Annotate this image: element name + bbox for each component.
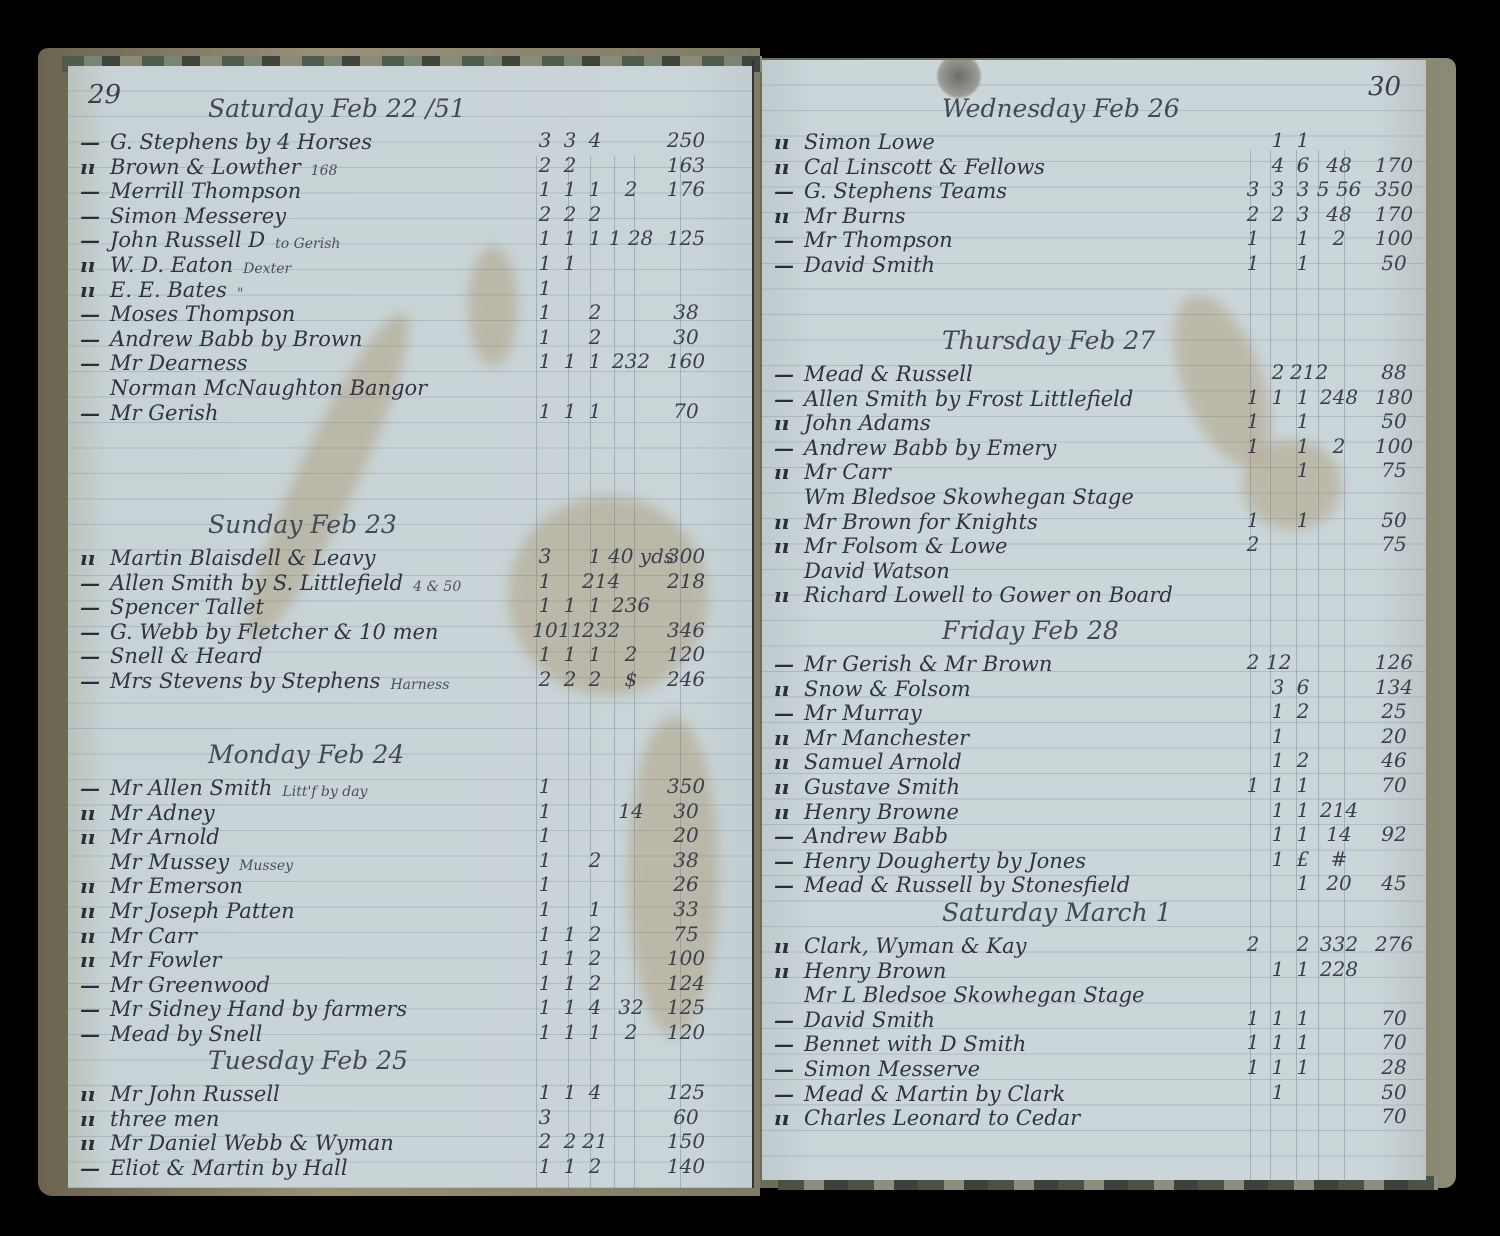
amount	[1362, 128, 1426, 152]
amount: 75	[1362, 532, 1426, 556]
count-col-4	[608, 1154, 654, 1178]
tally-mark: ıı	[774, 534, 804, 558]
count-col-3: 2	[582, 946, 608, 970]
ledger-entry: —Simon Messerey222	[80, 202, 746, 228]
count-col-1	[1240, 822, 1266, 846]
count-col-3: 4	[582, 995, 608, 1019]
tally-mark: ıı	[80, 825, 110, 849]
count-col-1	[1240, 1104, 1266, 1128]
count-col-3: 4	[582, 1080, 608, 1104]
ledger-entry: —Merrill Thompson1112176	[80, 177, 746, 203]
count-col-4	[608, 774, 654, 798]
count-col-4	[608, 1129, 654, 1153]
entry-name: G. Webb by Fletcher & 10 men	[110, 620, 438, 644]
count-col-1: 1	[532, 872, 558, 896]
count-col-3: 1	[582, 1020, 608, 1044]
tally-mark: —	[774, 1057, 804, 1081]
count-col-2: 1	[1266, 724, 1290, 748]
entry-note: 168	[311, 163, 338, 179]
day-heading: Friday Feb 28	[942, 616, 1119, 645]
tally-mark: ıı	[80, 278, 110, 302]
count-col-1: 1	[532, 774, 558, 798]
tally-mark: ıı	[774, 726, 804, 750]
count-col-4	[608, 922, 654, 946]
count-col-4	[1316, 458, 1362, 482]
amount: 30	[654, 325, 718, 349]
ledger-entry: ııW. D. EatonDexter11	[80, 251, 746, 277]
count-col-3: 2	[582, 300, 608, 324]
entry-note: Harness	[390, 677, 449, 693]
count-col-3: 1	[1290, 458, 1316, 482]
count-col-1	[1240, 748, 1266, 772]
entry-name: Moses Thompson	[110, 302, 295, 326]
count-col-1	[1240, 847, 1266, 871]
amount: 70	[1362, 773, 1426, 797]
count-col-4	[608, 872, 654, 896]
ledger-entry: ııJohn Adams1150	[774, 409, 1418, 435]
amount: 75	[1362, 458, 1426, 482]
ledger-entry: ııMr Burns22348170	[774, 202, 1418, 228]
count-col-1: 1	[532, 593, 558, 617]
amount: 20	[1362, 724, 1426, 748]
count-col-2	[558, 569, 582, 593]
count-col-2	[1266, 434, 1290, 458]
tally-mark: —	[774, 387, 804, 411]
count-col-3: 2	[1290, 699, 1316, 723]
entry-name: Charles Leonard to Cedar	[804, 1106, 1080, 1130]
ledger-entry: ııMr Carr11275	[80, 922, 746, 948]
count-col-4	[608, 202, 654, 226]
count-col-4: 32	[608, 995, 654, 1019]
tally-mark: ıı	[80, 253, 110, 277]
tally-mark: ıı	[80, 155, 110, 179]
count-col-4: 2	[608, 177, 654, 201]
ledger-entry: ııCharles Leonard to Cedar70	[774, 1104, 1418, 1130]
count-col-3	[582, 774, 608, 798]
count-col-4	[608, 971, 654, 995]
count-col-3: 3	[1290, 177, 1316, 201]
amount: 30	[654, 799, 718, 823]
ledger-entry: ııBrown & Lowther16822163	[80, 153, 746, 179]
count-col-4	[608, 946, 654, 970]
count-col-3: 4	[582, 128, 608, 152]
entry-name: Mr John Russell	[110, 1082, 280, 1106]
ledger-entry: Mr MusseyMussey1238	[80, 848, 746, 874]
amount: 125	[654, 226, 718, 250]
count-col-2: 1	[1266, 847, 1290, 871]
day-heading: Monday Feb 24	[208, 740, 404, 769]
ledger-entry: —Henry Dougherty by Jones1£#	[774, 847, 1418, 873]
ledger-entry: —Eliot & Martin by Hall112140	[80, 1154, 746, 1180]
tally-mark: —	[80, 620, 110, 644]
count-col-4	[1316, 724, 1362, 748]
ledger-entry: —Snell & Heard1112120	[80, 642, 746, 668]
ledger-entry: —Mead & Russell221288	[774, 360, 1418, 386]
count-col-2	[558, 276, 582, 300]
entry-note: Litt'f by day	[282, 784, 367, 800]
entry-name: Mr Murray	[804, 701, 922, 725]
count-col-2	[558, 897, 582, 921]
count-col-4	[608, 618, 654, 642]
count-col-3: 1	[1290, 871, 1316, 895]
count-col-3: 1	[582, 544, 608, 568]
count-col-1: 1	[1240, 409, 1266, 433]
ledger-entry: —Bennet with D Smith11170	[774, 1030, 1418, 1056]
count-col-4	[608, 897, 654, 921]
ledger-entry: ııMr Manchester120	[774, 724, 1418, 750]
amount: 100	[1362, 226, 1426, 250]
count-col-4	[608, 325, 654, 349]
ledger-entry: ııHenry Browne11214	[774, 798, 1418, 824]
amount: 50	[1362, 409, 1426, 433]
count-col-4	[608, 128, 654, 152]
count-col-1: 1	[532, 897, 558, 921]
count-col-2	[558, 544, 582, 568]
count-col-3: 1	[1290, 822, 1316, 846]
entry-name: Mr Gerish	[110, 401, 218, 425]
entry-name: Richard Lowell to Gower on Board	[804, 583, 1173, 607]
count-col-1: 2	[1240, 650, 1266, 674]
tally-mark: —	[80, 595, 110, 619]
count-col-2: 1	[558, 1020, 582, 1044]
count-col-4	[1316, 748, 1362, 772]
count-col-3	[582, 276, 608, 300]
ledger-book: 29 Saturday Feb 22 /51—G. Stephens by 4 …	[38, 48, 1456, 1196]
count-col-2	[558, 1105, 582, 1129]
count-col-1: 2	[532, 1129, 558, 1153]
day-heading: Tuesday Feb 25	[208, 1046, 408, 1075]
count-col-2: 1	[558, 177, 582, 201]
entry-name: Henry Brown	[804, 959, 946, 983]
amount: 170	[1362, 202, 1426, 226]
entry-name: Mr Brown for Knights	[804, 510, 1038, 534]
tally-mark: —	[774, 652, 804, 676]
count-col-3	[582, 799, 608, 823]
entry-note: 4 & 50	[413, 579, 461, 595]
amount: 276	[1362, 932, 1426, 956]
tally-mark: —	[80, 351, 110, 375]
ledger-entry: ııMr Emerson126	[80, 872, 746, 898]
count-col-2	[1266, 871, 1290, 895]
count-col-1: 10	[532, 618, 558, 642]
amount: 160	[654, 349, 718, 373]
ledger-entry: ııGustave Smith11170	[774, 773, 1418, 799]
tally-mark: —	[774, 873, 804, 897]
count-col-3	[1290, 1080, 1316, 1104]
count-col-1: 2	[532, 153, 558, 177]
ledger-entry: ııMr Arnold120	[80, 823, 746, 849]
count-col-1: 3	[532, 1105, 558, 1129]
entry-name: Mr Allen Smith	[110, 776, 272, 800]
amount: 124	[654, 971, 718, 995]
tally-mark: —	[80, 302, 110, 326]
count-col-4	[1316, 532, 1362, 556]
count-col-4	[608, 399, 654, 423]
count-col-4	[608, 848, 654, 872]
ledger-entry: —Mead & Russell by Stonesfield12045	[774, 871, 1418, 897]
entry-name: Mr Joseph Patten	[110, 899, 295, 923]
tally-mark: ıı	[80, 899, 110, 923]
entry-name: three men	[110, 1107, 219, 1131]
amount: 120	[654, 642, 718, 666]
count-col-2: 1	[558, 593, 582, 617]
count-col-4	[1316, 409, 1362, 433]
count-col-3: 21	[582, 1129, 608, 1153]
ledger-entry: ııMr Adney11430	[80, 799, 746, 825]
ledger-entry: —G. Stephens by 4 Horses334250	[80, 128, 746, 154]
tally-mark: —	[80, 1022, 110, 1046]
tally-mark: —	[774, 1032, 804, 1056]
ledger-entry: —Mr Gerish11170	[80, 399, 746, 425]
count-col-4	[1316, 773, 1362, 797]
tally-mark: —	[774, 1082, 804, 1106]
amount: 100	[654, 946, 718, 970]
amount: 70	[1362, 1104, 1426, 1128]
tally-mark: —	[774, 253, 804, 277]
count-col-2: 1	[558, 251, 582, 275]
ledger-entry: ııSnow & Folsom36134	[774, 675, 1418, 701]
count-col-1: 1	[532, 642, 558, 666]
count-col-3	[582, 251, 608, 275]
count-col-4	[1316, 675, 1362, 699]
tally-mark: —	[80, 228, 110, 252]
tally-mark: —	[774, 1008, 804, 1032]
entry-name: Samuel Arnold	[804, 750, 962, 774]
count-col-1: 2	[532, 667, 558, 691]
count-col-1: 1	[1240, 385, 1266, 409]
entry-name: Mr Sidney Hand by farmers	[110, 997, 407, 1021]
count-col-2: 2	[558, 1129, 582, 1153]
count-col-1: 1	[532, 349, 558, 373]
ledger-entry: —Andrew Babb by Brown1230	[80, 325, 746, 351]
entry-name: Mrs Stevens by Stephens	[110, 669, 380, 693]
ledger-entry: —Mr Greenwood112124	[80, 971, 746, 997]
count-col-3: 3	[1290, 202, 1316, 226]
count-col-4	[1316, 1104, 1362, 1128]
count-col-1	[1240, 798, 1266, 822]
count-col-2	[1266, 226, 1290, 250]
amount: 25	[1362, 699, 1426, 723]
entry-name: Mr Thompson	[804, 228, 953, 252]
ledger-entry: —Andrew Babb by Emery112100	[774, 434, 1418, 460]
count-col-4	[1316, 1006, 1362, 1030]
count-col-4: 2	[1316, 434, 1362, 458]
amount: 350	[1362, 177, 1426, 201]
count-col-1: 3	[1240, 177, 1266, 201]
ledger-page-right: 30 Wednesday Feb 26ııSimon Lowe11ııCal L…	[762, 60, 1426, 1180]
entry-name: John Russell D	[110, 228, 265, 252]
count-col-2: 4	[1266, 153, 1290, 177]
entry-name: Henry Browne	[804, 800, 959, 824]
tally-mark: —	[80, 571, 110, 595]
count-col-2	[558, 774, 582, 798]
day-heading: Thursday Feb 27	[942, 326, 1155, 355]
count-col-2	[558, 799, 582, 823]
tally-mark: —	[80, 179, 110, 203]
page-number: 30	[1368, 72, 1401, 102]
count-col-2	[558, 872, 582, 896]
count-col-1: 1	[532, 177, 558, 201]
entry-note: "	[237, 286, 243, 302]
amount	[1362, 957, 1426, 981]
amount: 150	[654, 1129, 718, 1153]
entry-name: Snow & Folsom	[804, 677, 971, 701]
entry-note: to Gerish	[275, 236, 340, 252]
count-col-1	[1240, 360, 1266, 384]
tally-mark: —	[80, 973, 110, 997]
tally-mark: —	[774, 824, 804, 848]
count-col-1: 1	[532, 922, 558, 946]
entry-name: Cal Linscott & Fellows	[804, 155, 1045, 179]
entry-name: Mr Carr	[804, 460, 891, 484]
tally-mark: ıı	[774, 959, 804, 983]
ledger-entry: ııMr John Russell114125	[80, 1080, 746, 1106]
count-col-4	[608, 823, 654, 847]
tally-mark: ıı	[80, 1107, 110, 1131]
count-col-4	[608, 153, 654, 177]
entry-name: Mr Burns	[804, 204, 906, 228]
count-col-2: 1	[558, 946, 582, 970]
entry-name: Simon Lowe	[804, 130, 935, 154]
count-col-2	[558, 823, 582, 847]
day-heading: Sunday Feb 23	[208, 510, 397, 539]
ledger-entry: ııSamuel Arnold1246	[774, 748, 1418, 774]
count-col-2: 1	[558, 1080, 582, 1104]
entry-name: Allen Smith by S. Littlefield	[110, 571, 403, 595]
tally-mark: —	[774, 849, 804, 873]
count-col-4	[1316, 360, 1362, 384]
count-col-2: 1	[1266, 748, 1290, 772]
amount	[1362, 798, 1426, 822]
entry-name: Clark, Wyman & Kay	[804, 934, 1026, 958]
ledger-entry: —Mr Murray1225	[774, 699, 1418, 725]
count-col-3	[582, 823, 608, 847]
count-col-3: 1	[1290, 798, 1316, 822]
count-col-4: 48	[1316, 153, 1362, 177]
ledger-entry: ııSimon Lowe11	[774, 128, 1418, 154]
count-col-3	[582, 872, 608, 896]
count-col-2: 1	[1266, 699, 1290, 723]
tally-mark: ıı	[774, 583, 804, 607]
ledger-entry: —Spencer Tallet111236	[80, 593, 746, 619]
tally-mark: —	[774, 436, 804, 460]
entry-name: David Smith	[804, 253, 935, 277]
count-col-2: 2	[1266, 360, 1290, 384]
count-col-2: 1	[1266, 385, 1290, 409]
entry-name: W. D. Eaton	[110, 253, 233, 277]
tally-mark: ıı	[80, 1131, 110, 1155]
count-col-1	[1240, 1080, 1266, 1104]
count-col-3	[582, 153, 608, 177]
ledger-entry: —David Smith11170	[774, 1006, 1418, 1032]
ledger-entry: —Mr Dearness111232160	[80, 349, 746, 375]
count-col-2: 1	[558, 1154, 582, 1178]
entry-name: E. E. Bates	[110, 278, 227, 302]
tally-mark: ıı	[80, 801, 110, 825]
ledger-entry: —Mead & Martin by Clark150	[774, 1080, 1418, 1106]
count-col-2: 1	[1266, 798, 1290, 822]
count-col-3: £	[1290, 847, 1316, 871]
count-col-1: 1	[532, 1080, 558, 1104]
count-col-3	[1290, 724, 1316, 748]
count-col-3: 1	[1290, 385, 1316, 409]
tally-mark: —	[80, 997, 110, 1021]
page-number: 29	[88, 80, 121, 110]
count-col-2: 1	[558, 642, 582, 666]
ledger-entry: —Mr Thompson112100	[774, 226, 1418, 252]
tally-mark: ıı	[774, 510, 804, 534]
count-col-1	[1240, 699, 1266, 723]
entry-name: Allen Smith by Frost Littlefield	[804, 387, 1133, 411]
count-col-4	[608, 569, 654, 593]
amount: 180	[1362, 385, 1426, 409]
count-col-3: 1	[582, 593, 608, 617]
entry-name: Mr Mussey	[110, 850, 229, 874]
entry-name: Norman McNaughton Bangor	[110, 376, 427, 400]
entry-name: Mead by Snell	[110, 1022, 262, 1046]
count-col-3: 212	[1290, 360, 1316, 384]
count-col-4	[608, 251, 654, 275]
count-col-4: $	[608, 667, 654, 691]
tally-mark: ıı	[774, 130, 804, 154]
count-col-1: 1	[532, 848, 558, 872]
entry-name: G. Stephens Teams	[804, 179, 1007, 203]
tally-mark: ıı	[774, 411, 804, 435]
tally-mark: —	[80, 401, 110, 425]
count-col-3: 1	[582, 642, 608, 666]
tally-mark: ıı	[80, 1082, 110, 1106]
count-col-4	[1316, 251, 1362, 275]
count-col-1	[1240, 724, 1266, 748]
count-col-3: 2	[582, 848, 608, 872]
entry-name: Henry Dougherty by Jones	[804, 849, 1086, 873]
entry-name: Mr L Bledsoe Skowhegan Stage	[804, 983, 1144, 1007]
amount: 70	[1362, 1006, 1426, 1030]
count-col-4: 2	[1316, 226, 1362, 250]
count-col-3: 1	[1290, 957, 1316, 981]
count-col-4: 228	[1316, 957, 1362, 981]
ledger-entry: ııCal Linscott & Fellows4648170	[774, 153, 1418, 179]
count-col-1: 1	[532, 1154, 558, 1178]
entry-name: Gustave Smith	[804, 775, 960, 799]
ledger-entry: —Mr Sidney Hand by farmers11432125	[80, 995, 746, 1021]
count-col-4: 14	[608, 799, 654, 823]
entry-name: Mr Folsom & Lowe	[804, 534, 1007, 558]
entry-name: Martin Blaisdell & Leavy	[110, 546, 376, 570]
tally-mark: ıı	[774, 800, 804, 824]
count-col-4	[1316, 128, 1362, 152]
count-col-1: 1	[532, 251, 558, 275]
ledger-entry: ııE. E. Bates"1	[80, 276, 746, 302]
entry-name: David Smith	[804, 1008, 935, 1032]
count-col-2: 1	[1266, 1080, 1290, 1104]
count-col-3: 6	[1290, 675, 1316, 699]
entry-name: Andrew Babb by Emery	[804, 436, 1056, 460]
count-col-4: 232	[608, 349, 654, 373]
count-col-2: 1	[558, 226, 582, 250]
tally-mark: ıı	[80, 546, 110, 570]
count-col-1: 1	[1240, 508, 1266, 532]
entry-name: Brown & Lowther	[110, 155, 301, 179]
entry-name: Mead & Martin by Clark	[804, 1082, 1065, 1106]
count-col-2	[1266, 508, 1290, 532]
amount: 346	[654, 618, 718, 642]
count-col-4	[608, 276, 654, 300]
count-col-2: 12	[1266, 650, 1290, 674]
amount	[1362, 847, 1426, 871]
count-col-1: 1	[1240, 434, 1266, 458]
ledger-entry: —Mr Allen SmithLitt'f by day1350	[80, 774, 746, 800]
